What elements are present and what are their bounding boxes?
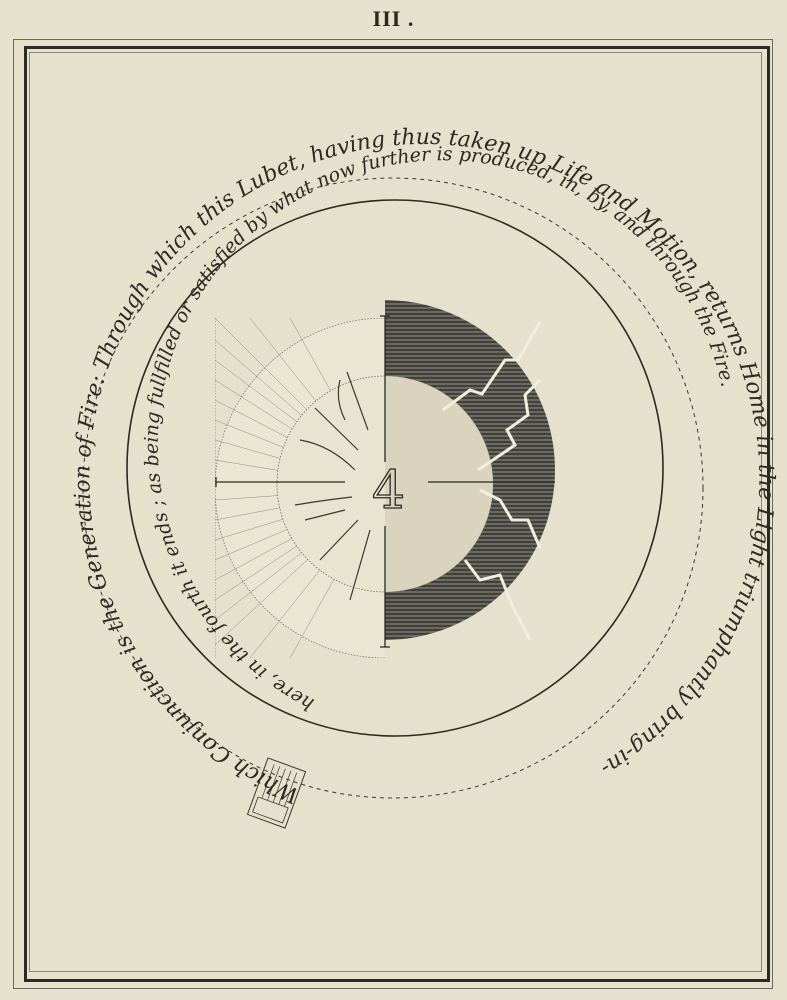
center-numeral: 4 (372, 461, 405, 521)
engraved-diagram: 4 Which Conjunction is the Generation of… (0, 0, 787, 1000)
